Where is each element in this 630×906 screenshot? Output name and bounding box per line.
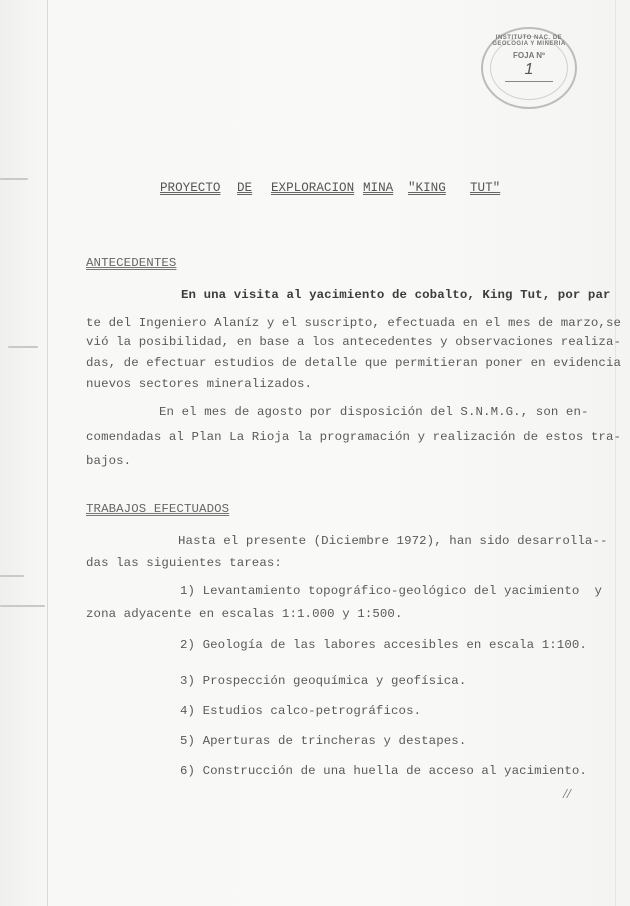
title-word: EXPLORACION bbox=[271, 181, 354, 195]
section-heading: ANTECEDENTES bbox=[86, 256, 176, 270]
paragraph-line: te del Ingeniero Alaníz y el suscripto, … bbox=[86, 316, 621, 330]
list-item: 5) Aperturas de trincheras y destapes. bbox=[180, 734, 466, 748]
stamp-number: 1 bbox=[483, 61, 575, 79]
list-item: 3) Prospección geoquímica y geofísica. bbox=[180, 674, 466, 688]
title-word: MINA bbox=[363, 181, 393, 195]
paper-crease bbox=[8, 346, 38, 348]
paragraph-line: das, de efectuar estudios de detalle que… bbox=[86, 356, 621, 370]
list-item: 2) Geología de las labores accesibles en… bbox=[180, 638, 587, 652]
folio-stamp: INSTITUTO NAC. DE GEOLOGIA Y MINERIA FOJ… bbox=[481, 27, 577, 109]
paper-crease bbox=[0, 178, 28, 180]
paragraph-line: nuevos sectores mineralizados. bbox=[86, 377, 312, 391]
list-item: 1) Levantamiento topográfico-geológico d… bbox=[180, 584, 602, 598]
paper-edge bbox=[615, 0, 616, 906]
paragraph-line: bajos. bbox=[86, 454, 131, 468]
continuation-mark: // bbox=[563, 787, 571, 803]
title-word: TUT" bbox=[470, 181, 500, 195]
title-word: DE bbox=[237, 181, 252, 195]
stamp-ring-text: INSTITUTO NAC. DE GEOLOGIA Y MINERIA bbox=[483, 35, 575, 47]
paragraph-line: Hasta el presente (Diciembre 1972), han … bbox=[178, 534, 608, 548]
list-item: 6) Construcción de una huella de acceso … bbox=[180, 764, 587, 778]
title-word: PROYECTO bbox=[160, 181, 220, 195]
document-page: INSTITUTO NAC. DE GEOLOGIA Y MINERIA FOJ… bbox=[0, 0, 630, 906]
paragraph-line: das las siguientes tareas: bbox=[86, 556, 282, 570]
paragraph-line: vió la posibilidad, en base a los antece… bbox=[86, 335, 621, 349]
paragraph-line: En el mes de agosto por disposición del … bbox=[159, 405, 589, 419]
stamp-label: FOJA Nº bbox=[483, 51, 575, 60]
paragraph-line: comendadas al Plan La Rioja la programac… bbox=[86, 430, 621, 444]
list-item: 4) Estudios calco-petrográficos. bbox=[180, 704, 421, 718]
paper-crease bbox=[0, 575, 24, 577]
paper-crease bbox=[0, 605, 45, 607]
section-heading: TRABAJOS EFECTUADOS bbox=[86, 502, 229, 516]
paper-fold bbox=[47, 0, 48, 906]
title-word: "KING bbox=[408, 181, 446, 195]
list-item-continuation: zona adyacente en escalas 1:1.000 y 1:50… bbox=[86, 607, 403, 621]
paragraph-line: En una visita al yacimiento de cobalto, … bbox=[181, 288, 611, 302]
